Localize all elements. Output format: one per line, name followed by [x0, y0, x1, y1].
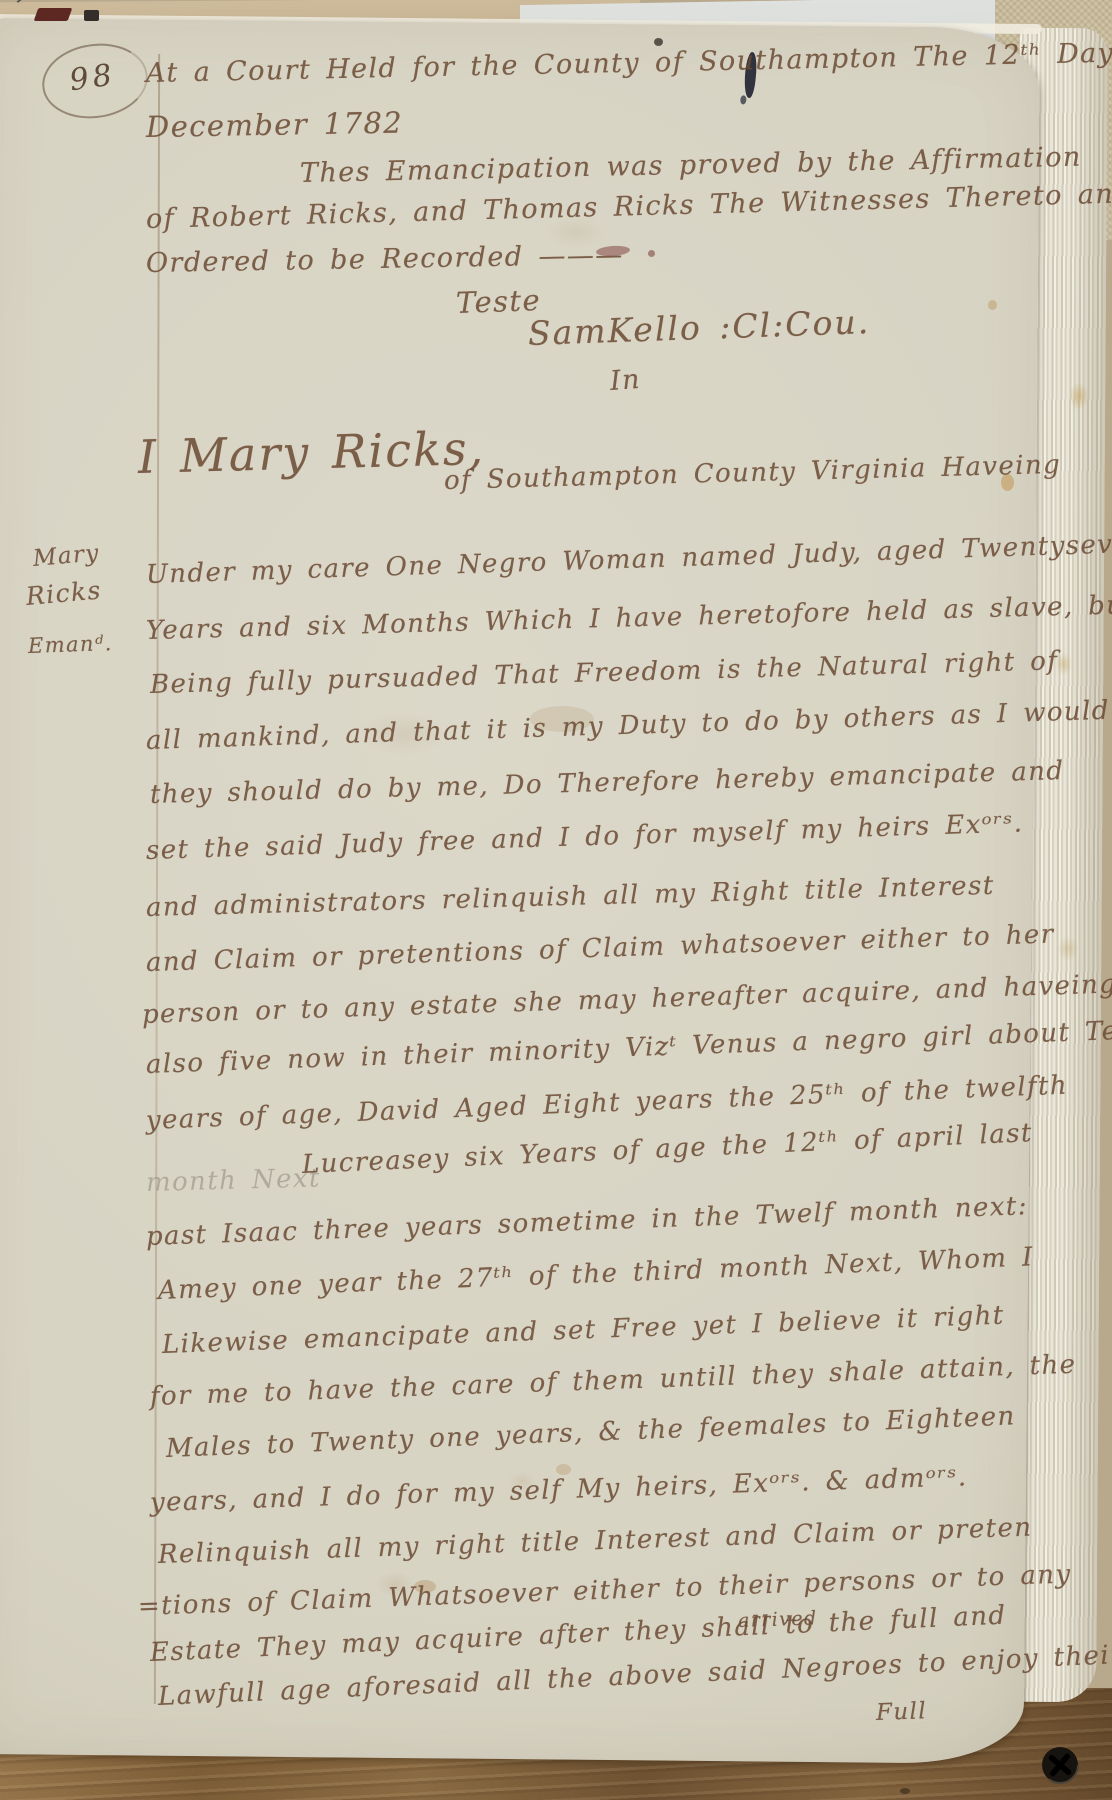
manuscript-line-body: I Mary Ricks,	[137, 421, 485, 484]
photographed-manuscript-scene: 98 At a Court Held for the County of Sou…	[0, 0, 1112, 1800]
wood-speck	[900, 1788, 910, 1794]
screw-head	[1040, 1745, 1080, 1785]
manuscript-line-signature: In	[609, 364, 642, 397]
dark-edge-mark	[84, 10, 99, 21]
manuscript-line-catchword: Full	[876, 1698, 928, 1726]
manuscript-line-header: December 1782	[146, 106, 404, 144]
manuscript-line-margin-note: Emanᵈ.	[28, 631, 114, 658]
stain	[988, 300, 997, 310]
page-number: 98	[67, 57, 118, 98]
stain	[648, 250, 655, 257]
ink-speck	[654, 38, 663, 46]
red-edge-mark	[34, 8, 73, 21]
manuscript-line-body: month Next	[146, 1163, 321, 1198]
stain	[556, 1464, 571, 1475]
